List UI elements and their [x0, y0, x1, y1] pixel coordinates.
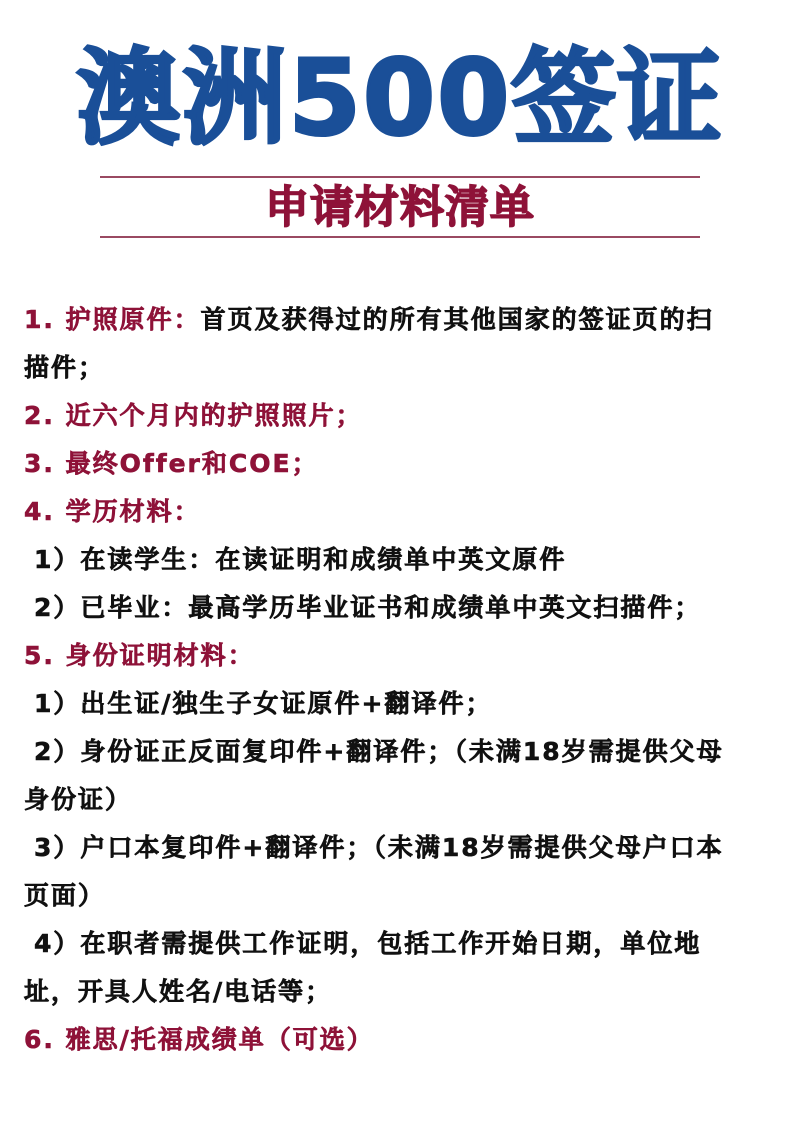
sub-item: 2）已毕业：最高学历毕业证书和成绩单中英文扫描件；	[24, 584, 794, 632]
sub-item: 2）身份证正反面复印件+翻译件；（未满18岁需提供父母	[24, 728, 794, 776]
sub-item-continued: 址，开具人姓名/电话等；	[24, 968, 794, 1016]
list-item: 2. 近六个月内的护照照片；	[24, 392, 794, 440]
list-item: 4. 学历材料：	[24, 488, 794, 536]
bottom-divider	[100, 236, 700, 238]
sub-item: 3）户口本复印件+翻译件；（未满18岁需提供父母户口本	[24, 824, 794, 872]
page-title: 澳洲500签证	[0, 38, 800, 158]
list-item: 3. 最终Offer和COE；	[24, 440, 794, 488]
list-item: 5. 身份证明材料：	[24, 632, 794, 680]
sub-item-continued: 页面）	[24, 872, 794, 920]
sub-item: 1）出生证/独生子女证原件+翻译件；	[24, 680, 794, 728]
top-divider	[100, 176, 700, 178]
page-subtitle: 申请材料清单	[0, 180, 800, 236]
item-text-continued: 描件；	[24, 344, 794, 392]
list-item: 6. 雅思/托福成绩单（可选）	[24, 1016, 794, 1064]
sub-item: 1）在读学生：在读证明和成绩单中英文原件	[24, 536, 794, 584]
sub-item: 4）在职者需提供工作证明，包括工作开始日期，单位地	[24, 920, 794, 968]
sub-item-continued: 身份证）	[24, 776, 794, 824]
item-text: 首页及获得过的所有其他国家的签证页的扫	[201, 305, 714, 334]
checklist: 1. 护照原件：首页及获得过的所有其他国家的签证页的扫 描件； 2. 近六个月内…	[24, 296, 794, 1064]
item-heading: 1. 护照原件：	[24, 305, 201, 334]
list-item: 1. 护照原件：首页及获得过的所有其他国家的签证页的扫	[24, 296, 794, 344]
